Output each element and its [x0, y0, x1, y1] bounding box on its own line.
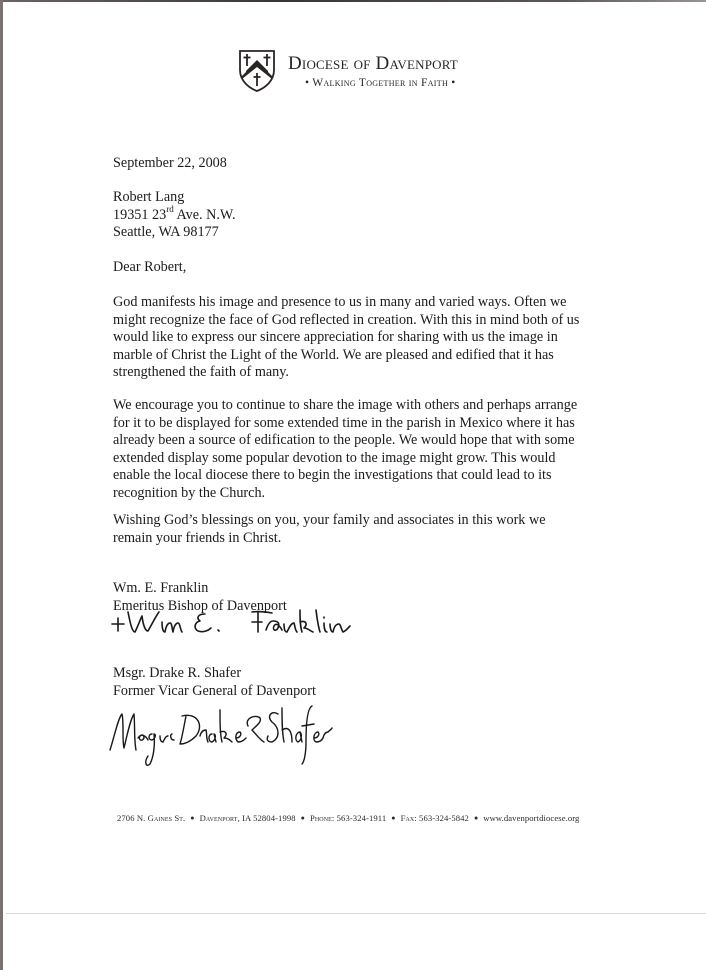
- paragraph-1: God manifests his image and presence to …: [113, 294, 579, 382]
- street-ordinal-suffix: rd: [166, 204, 174, 214]
- signatory-shafer: Msgr. Drake R. Shafer Former Vicar Gener…: [113, 665, 316, 700]
- recipient-name: Robert Lang: [113, 189, 236, 207]
- organization-motto: • Walking Together in Faith •: [305, 77, 456, 89]
- bullet-separator: ●: [391, 814, 395, 822]
- footer-address: 2706 N. Gaines St.: [117, 813, 185, 823]
- scan-edge-top: [0, 0, 706, 2]
- paragraph-line: enable the local diocese there to begin …: [113, 467, 577, 485]
- paragraph-line: We encourage you to continue to share th…: [113, 397, 577, 415]
- footer-fax: Fax: 563-324-5842: [401, 813, 469, 823]
- diocese-crest-icon: [237, 48, 277, 92]
- recipient-city: Seattle, WA 98177: [113, 224, 236, 242]
- letterhead: Diocese of Davenport • Walking Together …: [237, 48, 507, 96]
- recipient-street: 19351 23rd Ave. N.W.: [113, 207, 236, 225]
- shafer-handwritten-signature: [108, 700, 333, 770]
- letterhead-footer: 2706 N. Gaines St.●Davenport, IA 52804-1…: [117, 813, 579, 823]
- street-name: Ave. N.W.: [174, 207, 236, 223]
- paragraph-line: strengthened the faith of many.: [113, 364, 579, 382]
- scan-edge-left: [0, 0, 3, 970]
- paragraph-3: Wishing God’s blessings on you, your fam…: [113, 512, 546, 547]
- franklin-handwritten-signature: [110, 604, 360, 640]
- recipient-address: Robert Lang 19351 23rd Ave. N.W. Seattle…: [113, 189, 236, 242]
- paragraph-2: We encourage you to continue to share th…: [113, 397, 577, 503]
- letter-date: September 22, 2008: [113, 155, 227, 173]
- footer-city: Davenport, IA 52804-1998: [200, 813, 296, 823]
- signatory-title: Former Vicar General of Davenport: [113, 683, 316, 701]
- paragraph-line: recognition by the Church.: [113, 485, 577, 503]
- salutation: Dear Robert,: [113, 259, 186, 277]
- paragraph-line: extended display some popular devotion t…: [113, 450, 577, 468]
- paragraph-line: Wishing God’s blessings on you, your fam…: [113, 512, 546, 530]
- paragraph-line: remain your friends in Christ.: [113, 530, 546, 548]
- paragraph-line: would like to express our sincere apprec…: [113, 329, 579, 347]
- signatory-name: Wm. E. Franklin: [113, 580, 287, 598]
- signatory-name: Msgr. Drake R. Shafer: [113, 665, 316, 683]
- paragraph-line: might recognize the face of God reflecte…: [113, 312, 579, 330]
- organization-name: Diocese of Davenport: [288, 53, 458, 75]
- footer-website-link[interactable]: www.davenportdiocese.org: [483, 813, 579, 823]
- footer-phone: Phone: 563-324-1911: [310, 813, 386, 823]
- paragraph-line: God manifests his image and presence to …: [113, 294, 579, 312]
- paragraph-line: already been a source of edification to …: [113, 432, 577, 450]
- bullet-separator: ●: [301, 814, 305, 822]
- bullet-separator: ●: [474, 814, 478, 822]
- street-number: 19351 23: [113, 207, 166, 223]
- paragraph-line: marble of Christ the Light of the World.…: [113, 347, 579, 365]
- page-fold-line: [6, 913, 706, 914]
- paragraph-line: for it to be displayed for some extended…: [113, 415, 577, 433]
- bullet-separator: ●: [190, 814, 194, 822]
